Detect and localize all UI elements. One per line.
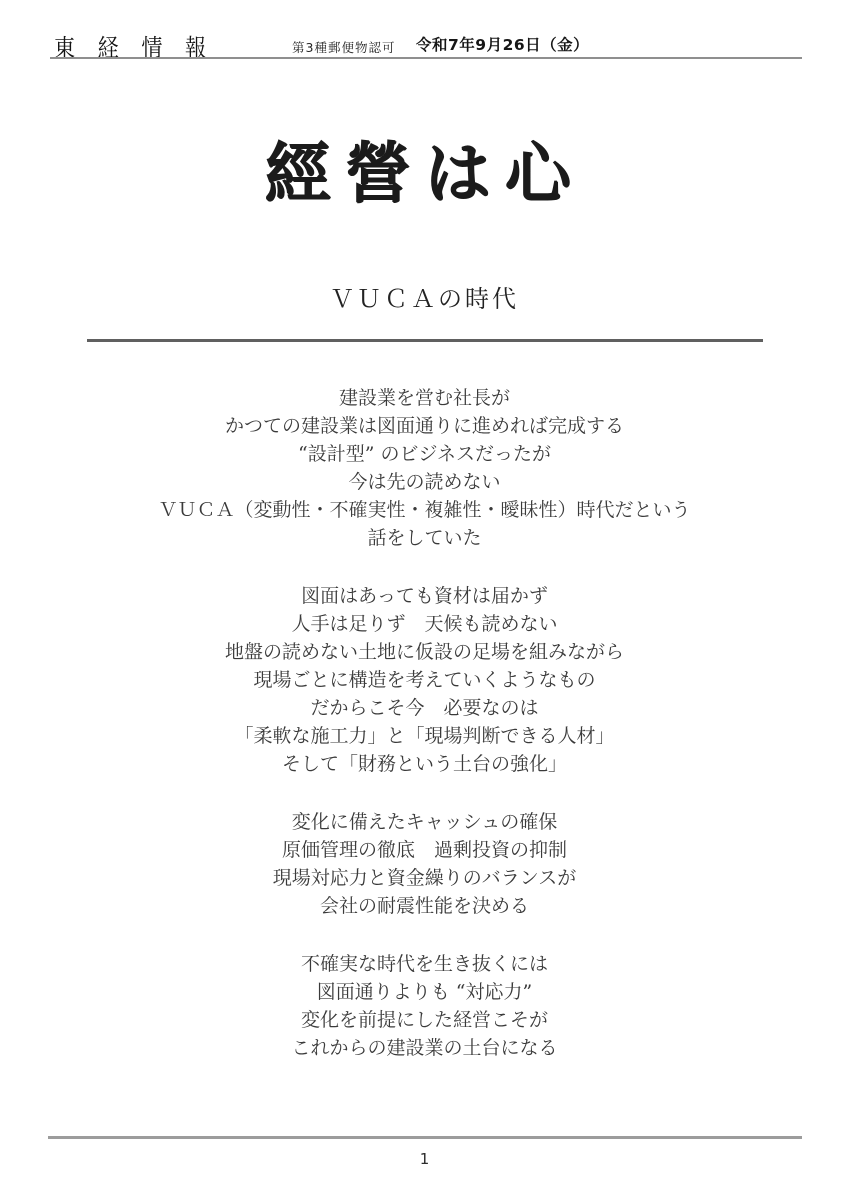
poem-line: 今は先の読めない xyxy=(0,468,849,496)
poem-line: 地盤の読めない土地に仮設の足場を組みながら xyxy=(0,638,849,666)
poem-line: 会社の耐震性能を決める xyxy=(0,892,849,920)
stanza: 不確実な時代を生き抜くには 図面通りよりも “対応力” 変化を前提にした経営こそ… xyxy=(0,950,849,1062)
stanza: 建設業を営む社長が かつての建設業は図面通りに進めれば完成する “設計型” のビ… xyxy=(0,384,849,552)
poem-line: 建設業を営む社長が xyxy=(0,384,849,412)
poem-line: 図面通りよりも “対応力” xyxy=(0,978,849,1006)
postal-permit-label: 第3種郵便物認可 xyxy=(292,38,395,56)
poem-line: そして「財務という土台の強化」 xyxy=(0,750,849,778)
poem-line: これからの建設業の土台になる xyxy=(0,1034,849,1062)
article-title: ＶＵＣＡの時代 xyxy=(0,279,849,314)
stanza: 図面はあっても資材は届かず 人手は足りず 天候も読めない 地盤の読めない土地に仮… xyxy=(0,582,849,778)
article-body: 建設業を営む社長が かつての建設業は図面通りに進めれば完成する “設計型” のビ… xyxy=(0,384,849,1092)
poem-line: 不確実な時代を生き抜くには xyxy=(0,950,849,978)
poem-line: だからこそ今 必要なのは xyxy=(0,694,849,722)
poem-line: 現場対応力と資金繰りのバランスが xyxy=(0,864,849,892)
poem-line: かつての建設業は図面通りに進めれば完成する xyxy=(0,412,849,440)
footer-divider xyxy=(48,1136,802,1139)
poem-line: 「柔軟な施工力」と「現場判断できる人材」 xyxy=(0,722,849,750)
title-divider xyxy=(87,339,763,342)
poem-line: ＶＵＣＡ（変動性・不確実性・複雑性・曖昧性）時代だという xyxy=(0,496,849,524)
poem-line: 変化に備えたキャッシュの確保 xyxy=(0,808,849,836)
poem-line: “設計型” のビジネスだったが xyxy=(0,440,849,468)
calligraphy-masthead: 經營は心 xyxy=(0,120,849,215)
poem-line: 変化を前提にした経営こそが xyxy=(0,1006,849,1034)
header-divider xyxy=(50,57,802,59)
poem-line: 現場ごとに構造を考えていくようなもの xyxy=(0,666,849,694)
page-number: 1 xyxy=(0,1150,849,1168)
poem-line: 原価管理の徹底 過剰投資の抑制 xyxy=(0,836,849,864)
newsletter-page: 東 経 情 報 第3種郵便物認可 令和7年9月26日（金） 經營は心 ＶＵＣＡの… xyxy=(0,0,849,1200)
poem-line: 図面はあっても資材は届かず xyxy=(0,582,849,610)
poem-line: 人手は足りず 天候も読めない xyxy=(0,610,849,638)
issue-date: 令和7年9月26日（金） xyxy=(416,33,589,55)
poem-line: 話をしていた xyxy=(0,524,849,552)
stanza: 変化に備えたキャッシュの確保 原価管理の徹底 過剰投資の抑制 現場対応力と資金繰… xyxy=(0,808,849,920)
